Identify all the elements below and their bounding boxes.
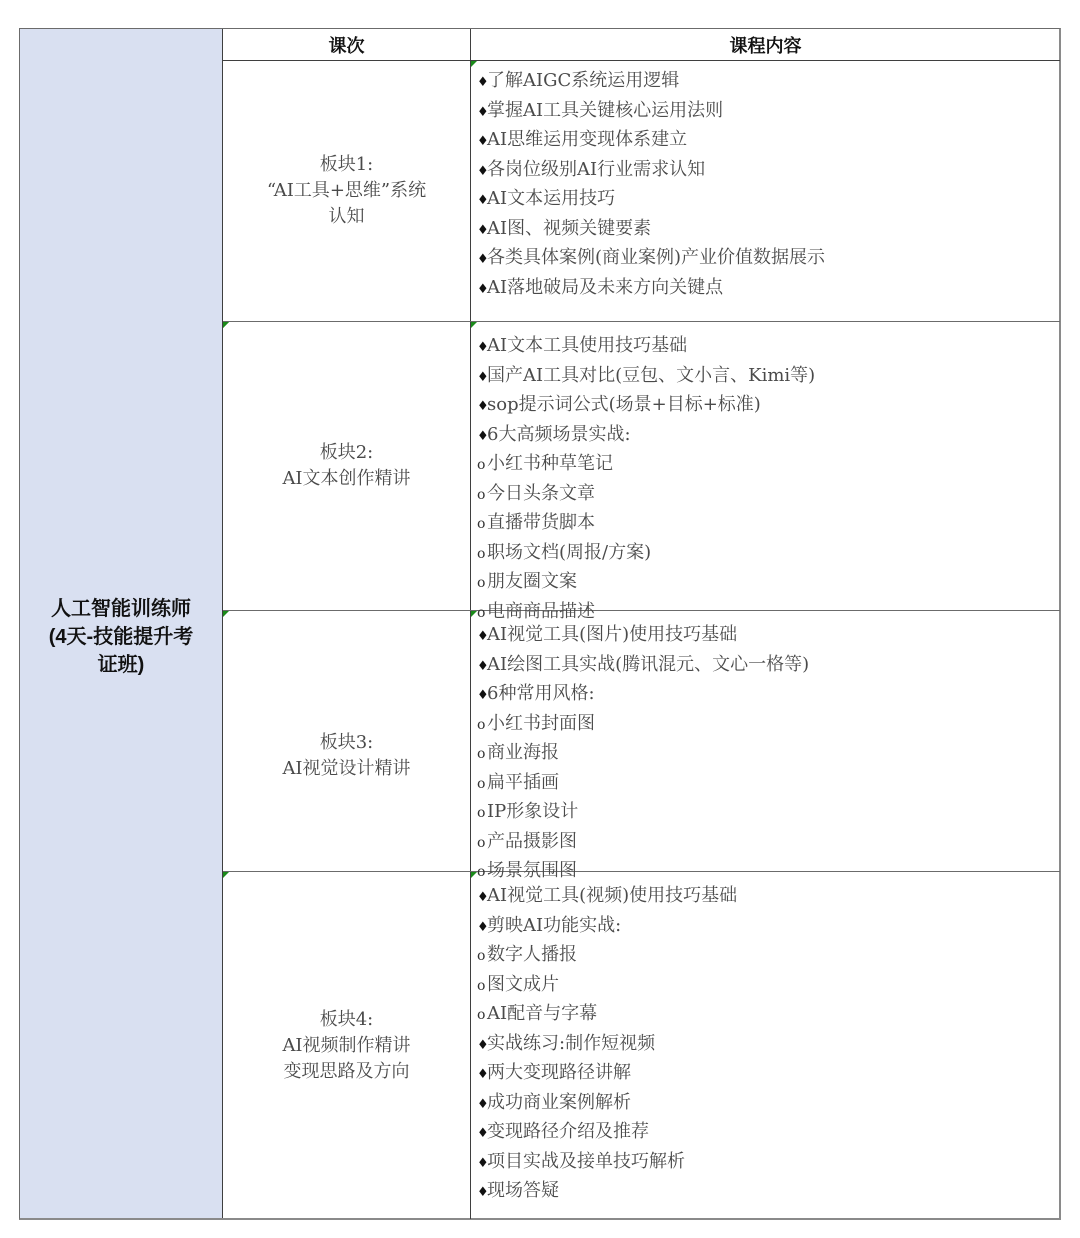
item-text: 了解AIGC系统运用逻辑 (487, 70, 679, 91)
item-text: 变现路径介绍及推荐 (487, 1121, 649, 1142)
list-item: o直播带货脚本 (477, 509, 1060, 539)
list-item: ♦了解AIGC系统运用逻辑 (477, 67, 1060, 97)
list-item: oAI配音与字幕 (477, 1000, 1060, 1030)
item-text: 成功商业案例解析 (487, 1092, 631, 1113)
list-item: ♦各类具体案例(商业案例)产业价值数据展示 (477, 244, 1060, 274)
circle-bullet-icon: o (477, 712, 487, 740)
list-item: o商业海报 (477, 739, 1060, 769)
list-item: ♦AI文本运用技巧 (477, 185, 1060, 215)
comment-marker-icon (471, 872, 477, 878)
item-text: 图文成片 (487, 974, 559, 995)
item-text: AI绘图工具实战(腾讯混元、文心一格等) (487, 654, 809, 675)
content-cell: ♦AI视觉工具(视频)使用技巧基础 ♦剪映AI功能实战: o数字人播报 o图文成… (471, 872, 1060, 1219)
circle-bullet-icon: o (477, 1002, 487, 1030)
item-text: 扁平插画 (487, 772, 559, 793)
list-item: ♦AI视觉工具(视频)使用技巧基础 (477, 882, 1060, 912)
list-item: o朋友圈文案 (477, 568, 1060, 598)
comment-marker-icon (471, 61, 477, 67)
list-item: o图文成片 (477, 971, 1060, 1001)
list-item: ♦现场答疑 (477, 1177, 1060, 1207)
diamond-bullet-icon: ♦ (477, 187, 487, 215)
item-text: 两大变现路径讲解 (487, 1062, 631, 1083)
list-item: ♦6大高频场景实战: (477, 421, 1060, 451)
list-item: o数字人播报 (477, 941, 1060, 971)
item-text: 商业海报 (487, 742, 559, 763)
list-item: o今日头条文章 (477, 480, 1060, 510)
item-text: AI文本运用技巧 (487, 188, 615, 209)
list-item: ♦各岗位级别AI行业需求认知 (477, 156, 1060, 186)
diamond-bullet-icon: ♦ (477, 1032, 487, 1060)
list-item: ♦AI绘图工具实战(腾讯混元、文心一格等) (477, 651, 1060, 681)
course-name-line: (4天-技能提升考 (31, 623, 211, 651)
diamond-bullet-icon: ♦ (477, 1091, 487, 1119)
list-item: ♦项目实战及接单技巧解析 (477, 1148, 1060, 1178)
course-name-cell: 人工智能训练师 (4天-技能提升考 证班) (20, 29, 223, 1218)
list-item: ♦AI文本工具使用技巧基础 (477, 332, 1060, 362)
list-item: ♦6种常用风格: (477, 680, 1060, 710)
diamond-bullet-icon: ♦ (477, 1120, 487, 1148)
circle-bullet-icon: o (477, 570, 487, 598)
diamond-bullet-icon: ♦ (477, 69, 487, 97)
list-item: o职场文档(周报/方案) (477, 539, 1060, 569)
diamond-bullet-icon: ♦ (477, 246, 487, 274)
item-text: AI图、视频关键要素 (487, 218, 651, 239)
table-row: 板块2: AI文本创作精讲 ♦AI文本工具使用技巧基础 ♦国产AI工具对比(豆包… (223, 322, 1060, 611)
list-item: o小红书种草笔记 (477, 450, 1060, 480)
list-item: ♦国产AI工具对比(豆包、文小言、Kimi等) (477, 362, 1060, 392)
item-text: 项目实战及接单技巧解析 (487, 1151, 685, 1172)
list-item: o小红书封面图 (477, 710, 1060, 740)
course-table: 人工智能训练师 (4天-技能提升考 证班) 课次 课程内容 板块1: “AI工具… (19, 28, 1061, 1220)
diamond-bullet-icon: ♦ (477, 334, 487, 362)
diamond-bullet-icon: ♦ (477, 128, 487, 156)
table-row: 板块4: AI视频制作精讲 变现思路及方向 ♦AI视觉工具(视频)使用技巧基础 … (223, 872, 1060, 1219)
list-item: ♦AI落地破局及未来方向关键点 (477, 274, 1060, 304)
list-item: ♦变现路径介绍及推荐 (477, 1118, 1060, 1148)
diamond-bullet-icon: ♦ (477, 884, 487, 912)
circle-bullet-icon: o (477, 771, 487, 799)
item-text: 国产AI工具对比(豆包、文小言、Kimi等) (487, 365, 815, 386)
item-text: 今日头条文章 (487, 483, 595, 504)
diamond-bullet-icon: ♦ (477, 1179, 487, 1207)
item-text: 剪映AI功能实战: (487, 915, 621, 936)
diamond-bullet-icon: ♦ (477, 914, 487, 942)
session-label-line: 板块1: (267, 152, 426, 178)
circle-bullet-icon: o (477, 800, 487, 828)
item-text: 直播带货脚本 (487, 512, 595, 533)
session-cell: 板块1: “AI工具+思维”系统 认知 (223, 61, 471, 321)
header-session: 课次 (223, 29, 471, 61)
item-text: AI文本工具使用技巧基础 (487, 335, 687, 356)
list-item: o扁平插画 (477, 769, 1060, 799)
session-label-line: 板块3: (282, 730, 410, 756)
item-text: AI视觉工具(图片)使用技巧基础 (487, 624, 737, 645)
diamond-bullet-icon: ♦ (477, 423, 487, 451)
session-cell: 板块2: AI文本创作精讲 (223, 322, 471, 610)
session-label-line: 变现思路及方向 (282, 1059, 410, 1085)
session-label-line: 认知 (267, 204, 426, 230)
session-label-line: 板块2: (282, 440, 410, 466)
diamond-bullet-icon: ♦ (477, 682, 487, 710)
session-label-line: AI文本创作精讲 (282, 466, 410, 492)
item-text: sop提示词公式(场景+目标+标准) (487, 394, 761, 415)
item-text: AI视觉工具(视频)使用技巧基础 (487, 885, 737, 906)
table-row: 板块1: “AI工具+思维”系统 认知 ♦了解AIGC系统运用逻辑 ♦掌握AI工… (223, 61, 1060, 322)
item-text: 各岗位级别AI行业需求认知 (487, 159, 705, 180)
item-text: 6大高频场景实战: (487, 424, 631, 445)
diamond-bullet-icon: ♦ (477, 217, 487, 245)
circle-bullet-icon: o (477, 830, 487, 858)
item-text: AI思维运用变现体系建立 (487, 129, 687, 150)
list-item: o产品摄影图 (477, 828, 1060, 858)
session-cell: 板块4: AI视频制作精讲 变现思路及方向 (223, 872, 471, 1219)
list-item: ♦剪映AI功能实战: (477, 912, 1060, 942)
item-text: 实战练习:制作短视频 (487, 1033, 655, 1054)
diamond-bullet-icon: ♦ (477, 1061, 487, 1089)
diamond-bullet-icon: ♦ (477, 653, 487, 681)
list-item: oIP形象设计 (477, 798, 1060, 828)
list-item: ♦掌握AI工具关键核心运用法则 (477, 97, 1060, 127)
circle-bullet-icon: o (477, 541, 487, 569)
list-item: ♦AI图、视频关键要素 (477, 215, 1060, 245)
circle-bullet-icon: o (477, 452, 487, 480)
item-text: 小红书封面图 (487, 713, 595, 734)
item-text: 6种常用风格: (487, 683, 595, 704)
list-item: ♦两大变现路径讲解 (477, 1059, 1060, 1089)
header-content: 课程内容 (471, 29, 1060, 61)
content-cell: ♦AI视觉工具(图片)使用技巧基础 ♦AI绘图工具实战(腾讯混元、文心一格等) … (471, 611, 1060, 871)
comment-marker-icon (471, 611, 477, 617)
diamond-bullet-icon: ♦ (477, 364, 487, 392)
diamond-bullet-icon: ♦ (477, 276, 487, 304)
session-label-line: 板块4: (282, 1007, 410, 1033)
table-row: 板块3: AI视觉设计精讲 ♦AI视觉工具(图片)使用技巧基础 ♦AI绘图工具实… (223, 611, 1060, 872)
item-text: 数字人播报 (487, 944, 577, 965)
course-name-line: 证班) (31, 651, 211, 679)
diamond-bullet-icon: ♦ (477, 99, 487, 127)
list-item: ♦sop提示词公式(场景+目标+标准) (477, 391, 1060, 421)
diamond-bullet-icon: ♦ (477, 1150, 487, 1178)
circle-bullet-icon: o (477, 973, 487, 1001)
list-item: ♦实战练习:制作短视频 (477, 1030, 1060, 1060)
session-label-line: AI视觉设计精讲 (282, 756, 410, 782)
session-label-line: “AI工具+思维”系统 (267, 178, 426, 204)
item-text: 现场答疑 (487, 1180, 559, 1201)
item-text: IP形象设计 (487, 801, 578, 822)
diamond-bullet-icon: ♦ (477, 393, 487, 421)
circle-bullet-icon: o (477, 511, 487, 539)
item-text: 掌握AI工具关键核心运用法则 (487, 100, 723, 121)
session-cell: 板块3: AI视觉设计精讲 (223, 611, 471, 871)
content-cell: ♦AI文本工具使用技巧基础 ♦国产AI工具对比(豆包、文小言、Kimi等) ♦s… (471, 322, 1060, 610)
list-item: ♦AI视觉工具(图片)使用技巧基础 (477, 621, 1060, 651)
session-label-line: AI视频制作精讲 (282, 1033, 410, 1059)
diamond-bullet-icon: ♦ (477, 158, 487, 186)
comment-marker-icon (471, 322, 477, 328)
item-text: AI落地破局及未来方向关键点 (487, 277, 723, 298)
item-text: 朋友圈文案 (487, 571, 577, 592)
list-item: ♦AI思维运用变现体系建立 (477, 126, 1060, 156)
item-text: 各类具体案例(商业案例)产业价值数据展示 (487, 247, 825, 268)
item-text: 小红书种草笔记 (487, 453, 613, 474)
course-name: 人工智能训练师 (4天-技能提升考 证班) (31, 595, 211, 679)
item-text: 产品摄影图 (487, 831, 577, 852)
circle-bullet-icon: o (477, 943, 487, 971)
circle-bullet-icon: o (477, 741, 487, 769)
item-text: 职场文档(周报/方案) (487, 542, 651, 563)
course-name-line: 人工智能训练师 (31, 595, 211, 623)
diamond-bullet-icon: ♦ (477, 623, 487, 651)
item-text: AI配音与字幕 (487, 1003, 597, 1024)
circle-bullet-icon: o (477, 482, 487, 510)
content-cell: ♦了解AIGC系统运用逻辑 ♦掌握AI工具关键核心运用法则 ♦AI思维运用变现体… (471, 61, 1060, 321)
list-item: ♦成功商业案例解析 (477, 1089, 1060, 1119)
